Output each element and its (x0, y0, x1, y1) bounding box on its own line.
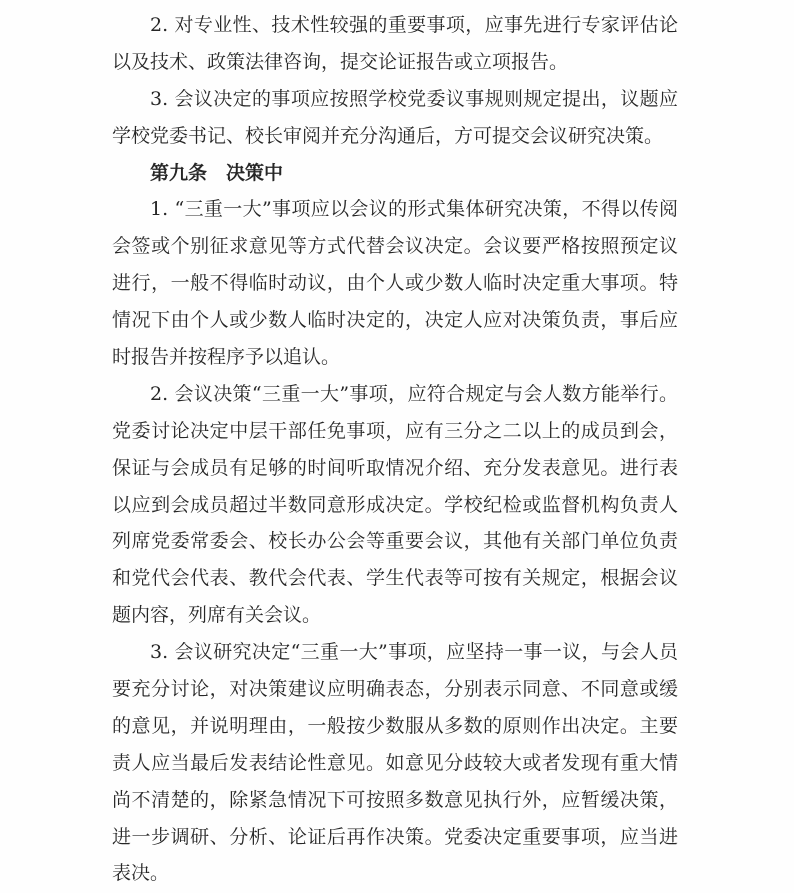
text-line: 要充分讨论，对决策建议应明确表态，分别表示同意、不同意或缓议 (112, 671, 678, 708)
text-line: 和党代会代表、教代会代表、学生代表等可按有关规定，根据会议议 (112, 560, 678, 597)
document-body: 2. 对专业性、技术性较强的重要事项，应事先进行专家评估论证以及技术、政策法律咨… (112, 7, 678, 892)
paragraph: 2. 会议决策“三重一大”事项，应符合规定与会人数方能举行。党委讨论决定中层干部… (112, 376, 678, 634)
text-line: 1. “三重一大”事项应以会议的形式集体研究决策，不得以传阅 (112, 191, 678, 228)
paragraph: 3. 会议决定的事项应按照学校党委议事规则规定提出，议题应经学校党委书记、校长审… (112, 81, 678, 155)
text-line: 表决。 (112, 855, 678, 892)
document-page: 2. 对专业性、技术性较强的重要事项，应事先进行专家评估论证以及技术、政策法律咨… (0, 0, 794, 893)
text-line: 会签或个别征求意见等方式代替会议决定。会议要严格按照预定议题 (112, 228, 678, 265)
text-line: 3. 会议研究决定“三重一大”事项，应坚持一事一议，与会人员 (112, 634, 678, 671)
text-line: 2. 对专业性、技术性较强的重要事项，应事先进行专家评估论证 (112, 7, 678, 44)
text-line: 进行，一般不得临时动议，由个人或少数人临时决定重大事项。特殊 (112, 265, 678, 302)
text-line: 保证与会成员有足够的时间听取情况介绍、充分发表意见。进行表决， (112, 450, 678, 487)
paragraph: 1. “三重一大”事项应以会议的形式集体研究决策，不得以传阅会签或个别征求意见等… (112, 191, 678, 375)
paragraph: 2. 对专业性、技术性较强的重要事项，应事先进行专家评估论证以及技术、政策法律咨… (112, 7, 678, 81)
text-line: 尚不清楚的，除紧急情况下可按照多数意见执行外，应暂缓决策，待 (112, 782, 678, 819)
text-line: 列席党委常委会、校长办公会等重要会议，其他有关部门单位负责人 (112, 523, 678, 560)
text-line: 情况下由个人或少数人临时决定的，决定人应对决策负责，事后应及 (112, 302, 678, 339)
text-line: 进一步调研、分析、论证后再作决策。党委决定重要事项，应当进行 (112, 819, 678, 856)
text-line: 2. 会议决策“三重一大”事项，应符合规定与会人数方能举行。 (112, 376, 678, 413)
paragraph: 3. 会议研究决定“三重一大”事项，应坚持一事一议，与会人员要充分讨论，对决策建… (112, 634, 678, 892)
text-line: 学校党委书记、校长审阅并充分沟通后，方可提交会议研究决策。 (112, 118, 678, 155)
text-line: 党委讨论决定中层干部任免事项，应有三分之二以上的成员到会，并 (112, 413, 678, 450)
text-line: 3. 会议决定的事项应按照学校党委议事规则规定提出，议题应经 (112, 81, 678, 118)
text-line: 以应到会成员超过半数同意形成决定。学校纪检或监督机构负责人应 (112, 487, 678, 524)
text-line: 责人应当最后发表结论性意见。如意见分歧较大或者发现有重大情况 (112, 745, 678, 782)
heading-line: 第九条 决策中 (112, 155, 678, 192)
text-line: 时报告并按程序予以追认。 (112, 339, 678, 376)
text-line: 的意见，并说明理由，一般按少数服从多数的原则作出决定。主要负 (112, 708, 678, 745)
text-line: 题内容，列席有关会议。 (112, 597, 678, 634)
text-line: 以及技术、政策法律咨询，提交论证报告或立项报告。 (112, 44, 678, 81)
section-heading: 第九条 决策中 (112, 155, 678, 192)
